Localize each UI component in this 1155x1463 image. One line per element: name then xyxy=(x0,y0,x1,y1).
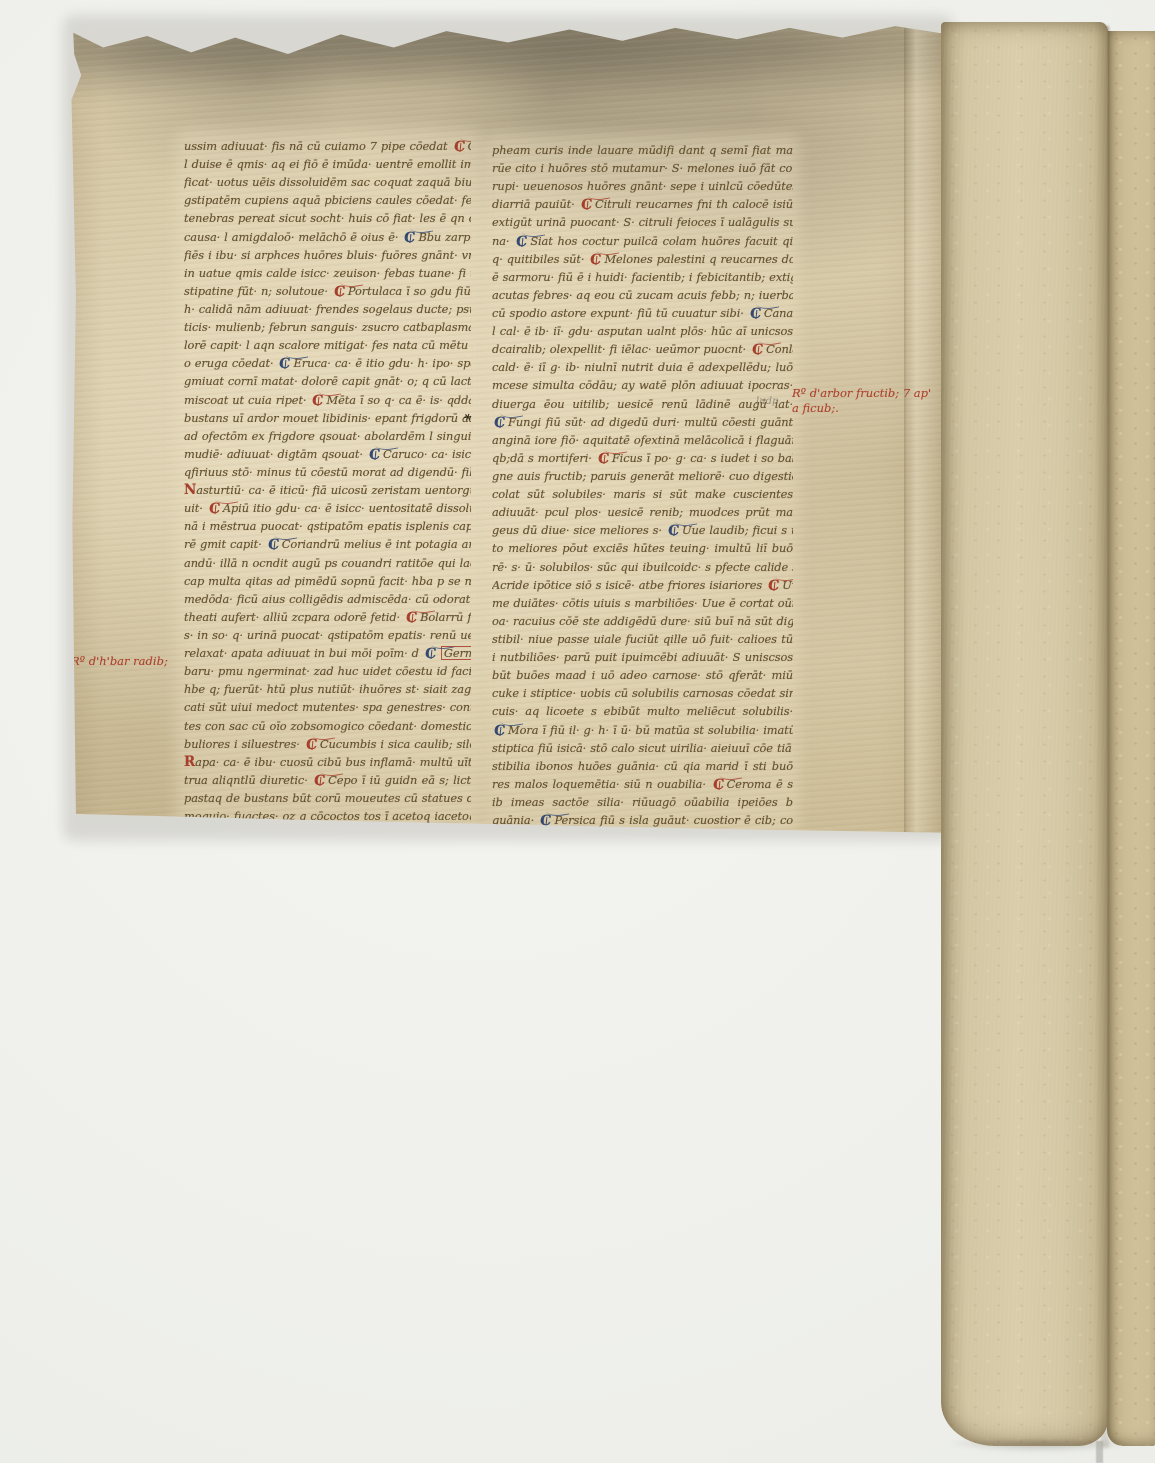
red-capitulum-mark: C xyxy=(752,345,764,355)
text-line: Nasturtiū· ca· ē iticū· fiā uicosū zeris… xyxy=(184,481,471,499)
margin-note-left: Rº d'h'bar radib; xyxy=(71,654,189,669)
text-line: causa· l amigdaloō· melāchō ē oius ē· CB… xyxy=(184,228,471,246)
text-column-left: ussim adiuuat· fis nā cū cuiamo 7 pipe c… xyxy=(184,137,471,825)
text-line: cati sūt uiui medoct mutentes· spa genes… xyxy=(184,698,471,716)
text-line: cuis· aq licoete s ebibūt multo meliēcut… xyxy=(492,702,793,720)
text-line: res malos loquemētia· siū n ouabilia· CC… xyxy=(492,775,793,793)
text-line: miscoat ut cuia ripet· CMēta ī so q· ca … xyxy=(184,391,471,409)
paper-guard-front xyxy=(941,22,1108,1446)
red-initial-letter: R xyxy=(184,754,195,770)
text-line: gstipatēm cupiens aquā pbiciens caules c… xyxy=(184,191,471,209)
text-line: baru· pmu ngerminat· zad huc uidet cōest… xyxy=(184,662,471,680)
text-line: me duiātes· cōtis uiuis s marbiliōes· Uu… xyxy=(492,594,793,612)
text-line: tenebras pereat sicut socht· huis cō fia… xyxy=(184,209,471,227)
red-capitulum-mark: C xyxy=(208,504,220,514)
text-line: cuke i stiptice· uobis cū solubilis carn… xyxy=(492,684,793,702)
text-line: CMora ī fiū il· g· h· ī ū· bū matūa st s… xyxy=(492,721,793,739)
blue-capitulum-mark: C xyxy=(279,359,291,369)
text-line: l cal· ē ib· iī· gdu· asputan ualnt plōs… xyxy=(492,322,793,340)
text-line: q· quitibiles sūt· CMelones palestini q … xyxy=(492,250,793,268)
text-line: diuerga ēou uitilib; uesicē renū lādinē … xyxy=(492,395,793,413)
text-line: pheam curis inde lauare mūdifi dant q se… xyxy=(492,141,793,159)
red-capitulum-mark: C xyxy=(406,613,418,623)
red-capitulum-mark: C xyxy=(597,454,609,464)
text-column-right: pheam curis inde lauare mūdifi dant q se… xyxy=(492,141,793,847)
text-line: stiptica fiū isicā· stō calo sicut uiril… xyxy=(492,739,793,757)
text-line: bustans uī ardor mouet libidinis· epant … xyxy=(184,409,471,427)
text-line: qb;dā s mortiferi· CFicus ī po· g· ca· s… xyxy=(492,449,793,467)
text-line: o eruga cōedat· CEruca· ca· ē itio gdu· … xyxy=(184,354,471,372)
text-line: gne auis fructib; paruis generāt meliorē… xyxy=(492,467,793,485)
parchment-leaf: ussim adiuuat· fis nā cū cuiamo 7 pipe c… xyxy=(68,18,948,836)
text-line: diarriā pauiūt· CCitruli reucarnes fni t… xyxy=(492,195,793,213)
binding-shadow-sliver xyxy=(1096,1441,1103,1463)
text-line: buliores i siluestres· CCucumbis i sica … xyxy=(184,735,471,753)
text-line: lorē capit· l aqn scalore mitigat· fes n… xyxy=(184,336,471,354)
text-line: l duise ē qmis· aq ei fiō ē imūda· uentr… xyxy=(184,155,471,173)
blue-capitulum-mark: C xyxy=(368,450,380,460)
text-line: trua aliqntlū diuretic· CCepo ī iū guidn… xyxy=(184,771,471,789)
blue-capitulum-mark: C xyxy=(516,237,528,247)
manuscript-scan: ussim adiuuat· fis nā cū cuiamo 7 pipe c… xyxy=(0,0,1155,1463)
guard-bottom-shadow xyxy=(950,1441,1150,1455)
text-line: mcese simulta cōdāu; ay watē plōn adiuua… xyxy=(492,376,793,394)
red-capitulum-mark: C xyxy=(712,780,724,790)
text-line: ussim adiuuat· fis nā cū cuiamo 7 pipe c… xyxy=(184,137,471,155)
text-line: ib imeas sactōe silia· riūuagō oūabilia … xyxy=(492,793,793,811)
text-line: pastaq de bustans būt corū moueutes cū s… xyxy=(184,789,471,807)
text-line: h· calidā nām adiuuat· frendes sogelaus … xyxy=(184,300,471,318)
text-line: medōda· ficū aius colligēdis admiscēda· … xyxy=(184,590,471,608)
text-line: dcairalib; olexpellit· fi iēlac· ueūmor … xyxy=(492,340,793,358)
red-capitulum-mark: C xyxy=(590,255,602,265)
blue-capitulum-mark: C xyxy=(404,233,416,243)
text-line: cald· ē· iī g· ib· niulnī nutrit duia ē … xyxy=(492,358,793,376)
text-line: fiēs i ibu· si arphces huōres bluis· fuō… xyxy=(184,246,471,264)
blue-capitulum-mark: C xyxy=(493,726,505,736)
text-line: ē sarmoru· fiū ē i huidi· facientib; i f… xyxy=(492,268,793,286)
text-line: cū spodio astore expunt· fiū tū cuuatur … xyxy=(492,304,793,322)
red-capitulum-mark: C xyxy=(580,200,592,210)
text-line: acutas febres· aq eou cū zucam acuis feb… xyxy=(492,286,793,304)
text-line: qfiriuus stō· minus tū cōestū morat ad d… xyxy=(184,463,471,481)
blue-capitulum-mark: C xyxy=(749,309,761,319)
red-initial-letter: N xyxy=(184,482,196,498)
text-line: anginā iore fiō· aquitatē ofextinā melāc… xyxy=(492,431,793,449)
text-line: gmiuat cornī matat· dolorē capit gnāt· o… xyxy=(184,372,471,390)
text-line: CFungi fiū sūt· ad digedū duri· multū cō… xyxy=(492,413,793,431)
text-line: na· CSiat hos coctur puilcā colam huōres… xyxy=(492,232,793,250)
text-line: uit· CApiū itio gdu· ca· ē isicc· uentos… xyxy=(184,499,471,517)
blue-capitulum-mark: C xyxy=(493,418,505,428)
text-line: ticis· mulienb; februn sanguis· zsucro c… xyxy=(184,318,471,336)
text-line: būt buōes maad i uō adeo carnose· stō qf… xyxy=(492,666,793,684)
text-line: rē· s· ū· solubilos· sūc qui ibuilcoidc·… xyxy=(492,558,793,576)
text-line: theati aufert· alliū zcpara odorē fetid·… xyxy=(184,608,471,626)
text-line: hbe q; fuerūt· htū plus nutiūt· ihuōres … xyxy=(184,680,471,698)
text-line: ad ofectōm ex frigdore qsouat· abolardēm… xyxy=(184,427,471,445)
red-capitulum-mark: C xyxy=(333,287,345,297)
text-line: rūe cito i huōres stō mutamur· S· melone… xyxy=(492,159,793,177)
text-line: Acride ipōtice siō s isicē· atbe friores… xyxy=(492,576,793,594)
text-line: mudiē· adiuuat· digtām qsouat· CCaruco· … xyxy=(184,445,471,463)
text-line: andū· illā n ocndit augū ps couandri rat… xyxy=(184,554,471,572)
text-line: nā i mēstrua puocat· qstipatōm epatis is… xyxy=(184,517,471,535)
margin-note-faint: ludp xyxy=(756,396,778,407)
text-line: stipatine fūt· n; solutoue· CPortulaca ī… xyxy=(184,282,471,300)
text-line: oa· racuius cōē ste addigēdū dure· siū b… xyxy=(492,612,793,630)
blue-capitulum-mark: C xyxy=(667,526,679,536)
text-line: s· in so· q· urinā puocat· qstipatōm epa… xyxy=(184,626,471,644)
text-line: Rapa· ca· ē ibu· cuosū cibū bus inflamā·… xyxy=(184,753,471,771)
blue-capitulum-mark: C xyxy=(540,816,552,826)
red-capitulum-mark: C xyxy=(312,396,324,406)
blue-capitulum-mark: C xyxy=(424,649,436,659)
text-line: cap multa qitas ad pimēdū sopnū facit· h… xyxy=(184,572,471,590)
text-line: stibil· niue passe uiale fuciūt qille uō… xyxy=(492,630,793,648)
red-capitulum-mark: C xyxy=(314,776,326,786)
text-line: ficat· uotus uēis dissoluidēm sac coquat… xyxy=(184,173,471,191)
text-line: rē gmit capit· CCoriandrū melius ē int p… xyxy=(184,535,471,553)
paper-page-edge xyxy=(1107,31,1155,1446)
blue-capitulum-mark: C xyxy=(267,540,279,550)
text-line: in uatue qmis calde isicc· zeuison· feba… xyxy=(184,264,471,282)
text-line: geus dū diue· sice meliores s· CUue laud… xyxy=(492,521,793,539)
text-line: adiuuāt· pcul plos· uesicē renib; muodce… xyxy=(492,503,793,521)
text-line: extigūt urinā puocant· S· citruli feioce… xyxy=(492,213,793,231)
text-line: to meliores pōut exciēs hūtes teuing· im… xyxy=(492,539,793,557)
red-capitulum-mark: C xyxy=(305,740,317,750)
text-line: stibilia ibonos huōes guānia· cū qia mar… xyxy=(492,757,793,775)
text-line: colat sūt solubiles· maris si sūt make c… xyxy=(492,485,793,503)
red-capitulum-mark: C xyxy=(453,142,465,152)
text-line: tes con sac cū oīo zobsomogico cōedant· … xyxy=(184,717,471,735)
text-line: relaxat· apata adiuuat in bui mōi poīm· … xyxy=(184,644,471,662)
text-line: rupi· ueuenosos huōres gnānt· sepe i uin… xyxy=(492,177,793,195)
text-line: i nutbiliōes· parū puit ipuimcēbi adiuuā… xyxy=(492,648,793,666)
red-capitulum-mark: C xyxy=(768,581,780,591)
